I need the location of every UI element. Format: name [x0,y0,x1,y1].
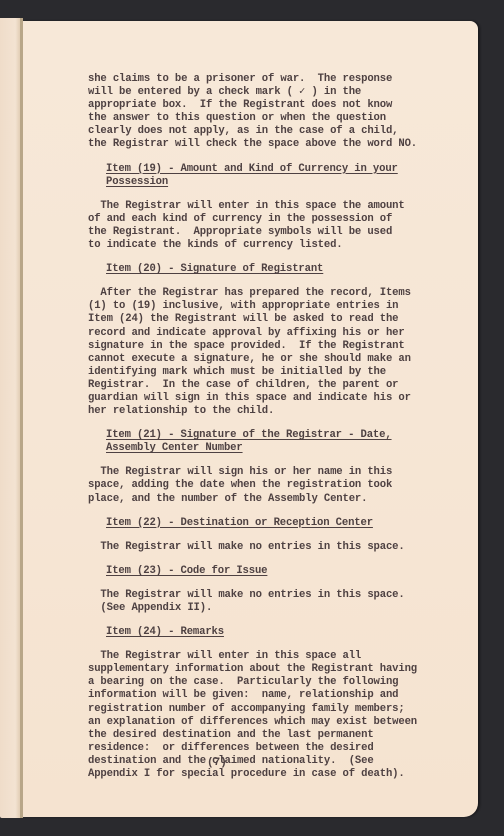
text-line: Appendix I for special procedure in case… [88,768,418,781]
section-item-22: Item (22) - Destination or Reception Cen… [88,517,418,554]
section-item-20: Item (20) - Signature of Registrant Afte… [88,263,418,418]
text-line: space, adding the date when the registra… [88,479,418,492]
text-line: the answer to this question or when the … [88,112,418,125]
text-line: residence: or differences between the de… [88,742,418,755]
text-line: registration number of accompanying fami… [88,703,418,716]
section-item-21: Item (21) - Signature of the Registrar -… [88,429,418,505]
section-item-23: Item (23) - Code for Issue The Registrar… [88,565,418,615]
page-number: (7) [207,757,227,769]
section-heading: Item (19) - Amount and Kind of Currency … [106,163,418,176]
text-line: The Registrar will enter in this space t… [88,200,418,213]
section-item-19: Item (19) - Amount and Kind of Currency … [88,163,418,253]
text-line: record and indicate approval by affixing… [88,327,418,340]
text-line: clearly does not apply, as in the case o… [88,125,418,138]
section-heading: Assembly Center Number [106,442,418,455]
section-item-24: Item (24) - Remarks The Registrar will e… [88,626,418,781]
section-heading: Item (21) - Signature of the Registrar -… [106,429,418,442]
text-line: her relationship to the child. [88,405,418,418]
text-line: cannot execute a signature, he or she sh… [88,353,418,366]
section-heading: Possession [106,176,418,189]
text-line: supplementary information about the Regi… [88,663,418,676]
text-line: The Registrar will make no entries in th… [88,589,418,602]
section-heading: Item (20) - Signature of Registrant [106,263,418,276]
intro-paragraph: she claims to be a prisoner of war. The … [88,73,418,152]
text-line: place, and the number of the Assembly Ce… [88,493,418,506]
section-heading: Item (23) - Code for Issue [106,565,418,578]
facing-page-edge [0,18,22,818]
text-line: The Registrar will make no entries in th… [88,541,418,554]
text-line: (See Appendix II). [88,602,418,615]
page-text: she claims to be a prisoner of war. The … [88,73,418,781]
text-line: guardian will sign in this space and ind… [88,392,418,405]
text-line: appropriate box. If the Registrant does … [88,99,418,112]
text-line: information will be given: name, relatio… [88,689,418,702]
text-line: The Registrar will enter in this space a… [88,650,418,663]
text-line: identifying mark which must be initialle… [88,366,418,379]
text-line: the Registrant. Appropriate symbols will… [88,226,418,239]
text-line: signature in the space provided. If the … [88,340,418,353]
text-line: (1) to (19) inclusive, with appropriate … [88,300,418,313]
text-line: Item (24) the Registrant will be asked t… [88,313,418,326]
text-line: a bearing on the case. Particularly the … [88,676,418,689]
section-heading: Item (22) - Destination or Reception Cen… [106,517,418,530]
text-line: the Registrar will check the space above… [88,138,418,151]
text-line: Registrar. In the case of children, the … [88,379,418,392]
text-line: of and each kind of currency in the poss… [88,213,418,226]
text-line: she claims to be a prisoner of war. The … [88,73,418,86]
section-heading: Item (24) - Remarks [106,626,418,639]
text-line: The Registrar will sign his or her name … [88,466,418,479]
text-line: to indicate the kinds of currency listed… [88,239,418,252]
text-line: the desired destination and the last per… [88,729,418,742]
text-line: destination and the claimed nationality.… [88,755,418,768]
text-line: After the Registrar has prepared the rec… [88,287,418,300]
text-line: an explanation of differences which may … [88,716,418,729]
text-line: will be entered by a check mark ( ✓ ) in… [88,86,418,99]
